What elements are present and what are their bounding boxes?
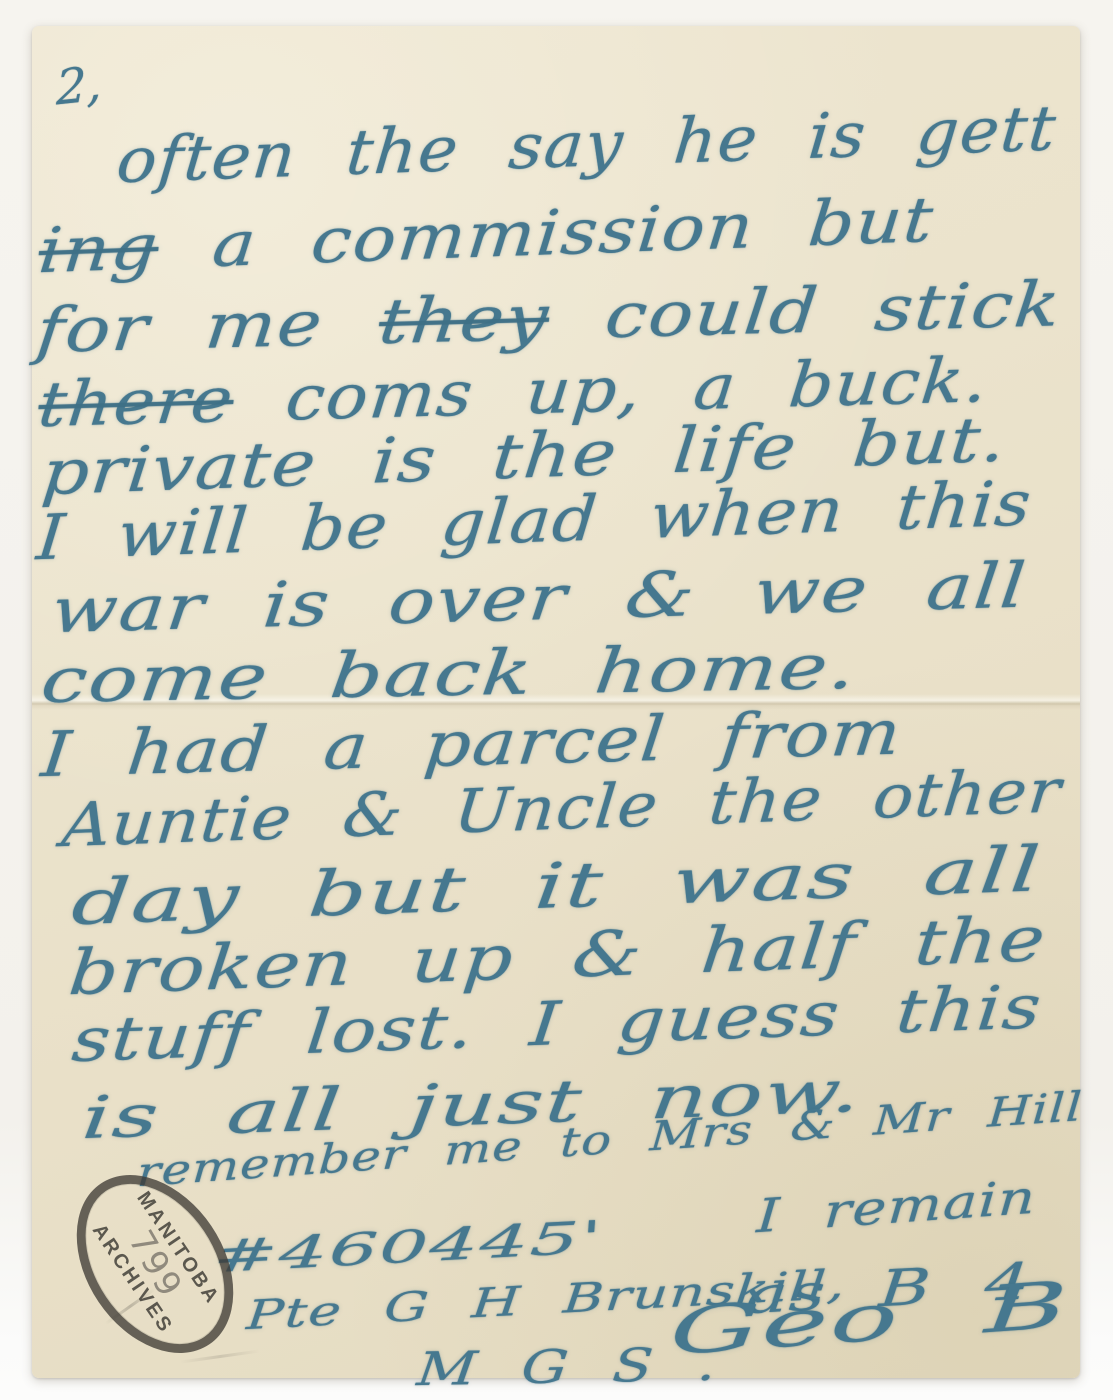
- page-number: 2,: [56, 55, 102, 116]
- handwriting-text: M G S .: [415, 1337, 721, 1396]
- struck-word: ing: [36, 210, 162, 287]
- letter-scan: 2, often the say he is getting a commiss…: [0, 0, 1113, 1400]
- struck-word: they: [376, 281, 553, 359]
- handwriting-text: could stick: [546, 267, 1065, 354]
- handwriting-text: for me: [33, 285, 383, 367]
- handwriting-line: M G S .: [415, 1340, 720, 1394]
